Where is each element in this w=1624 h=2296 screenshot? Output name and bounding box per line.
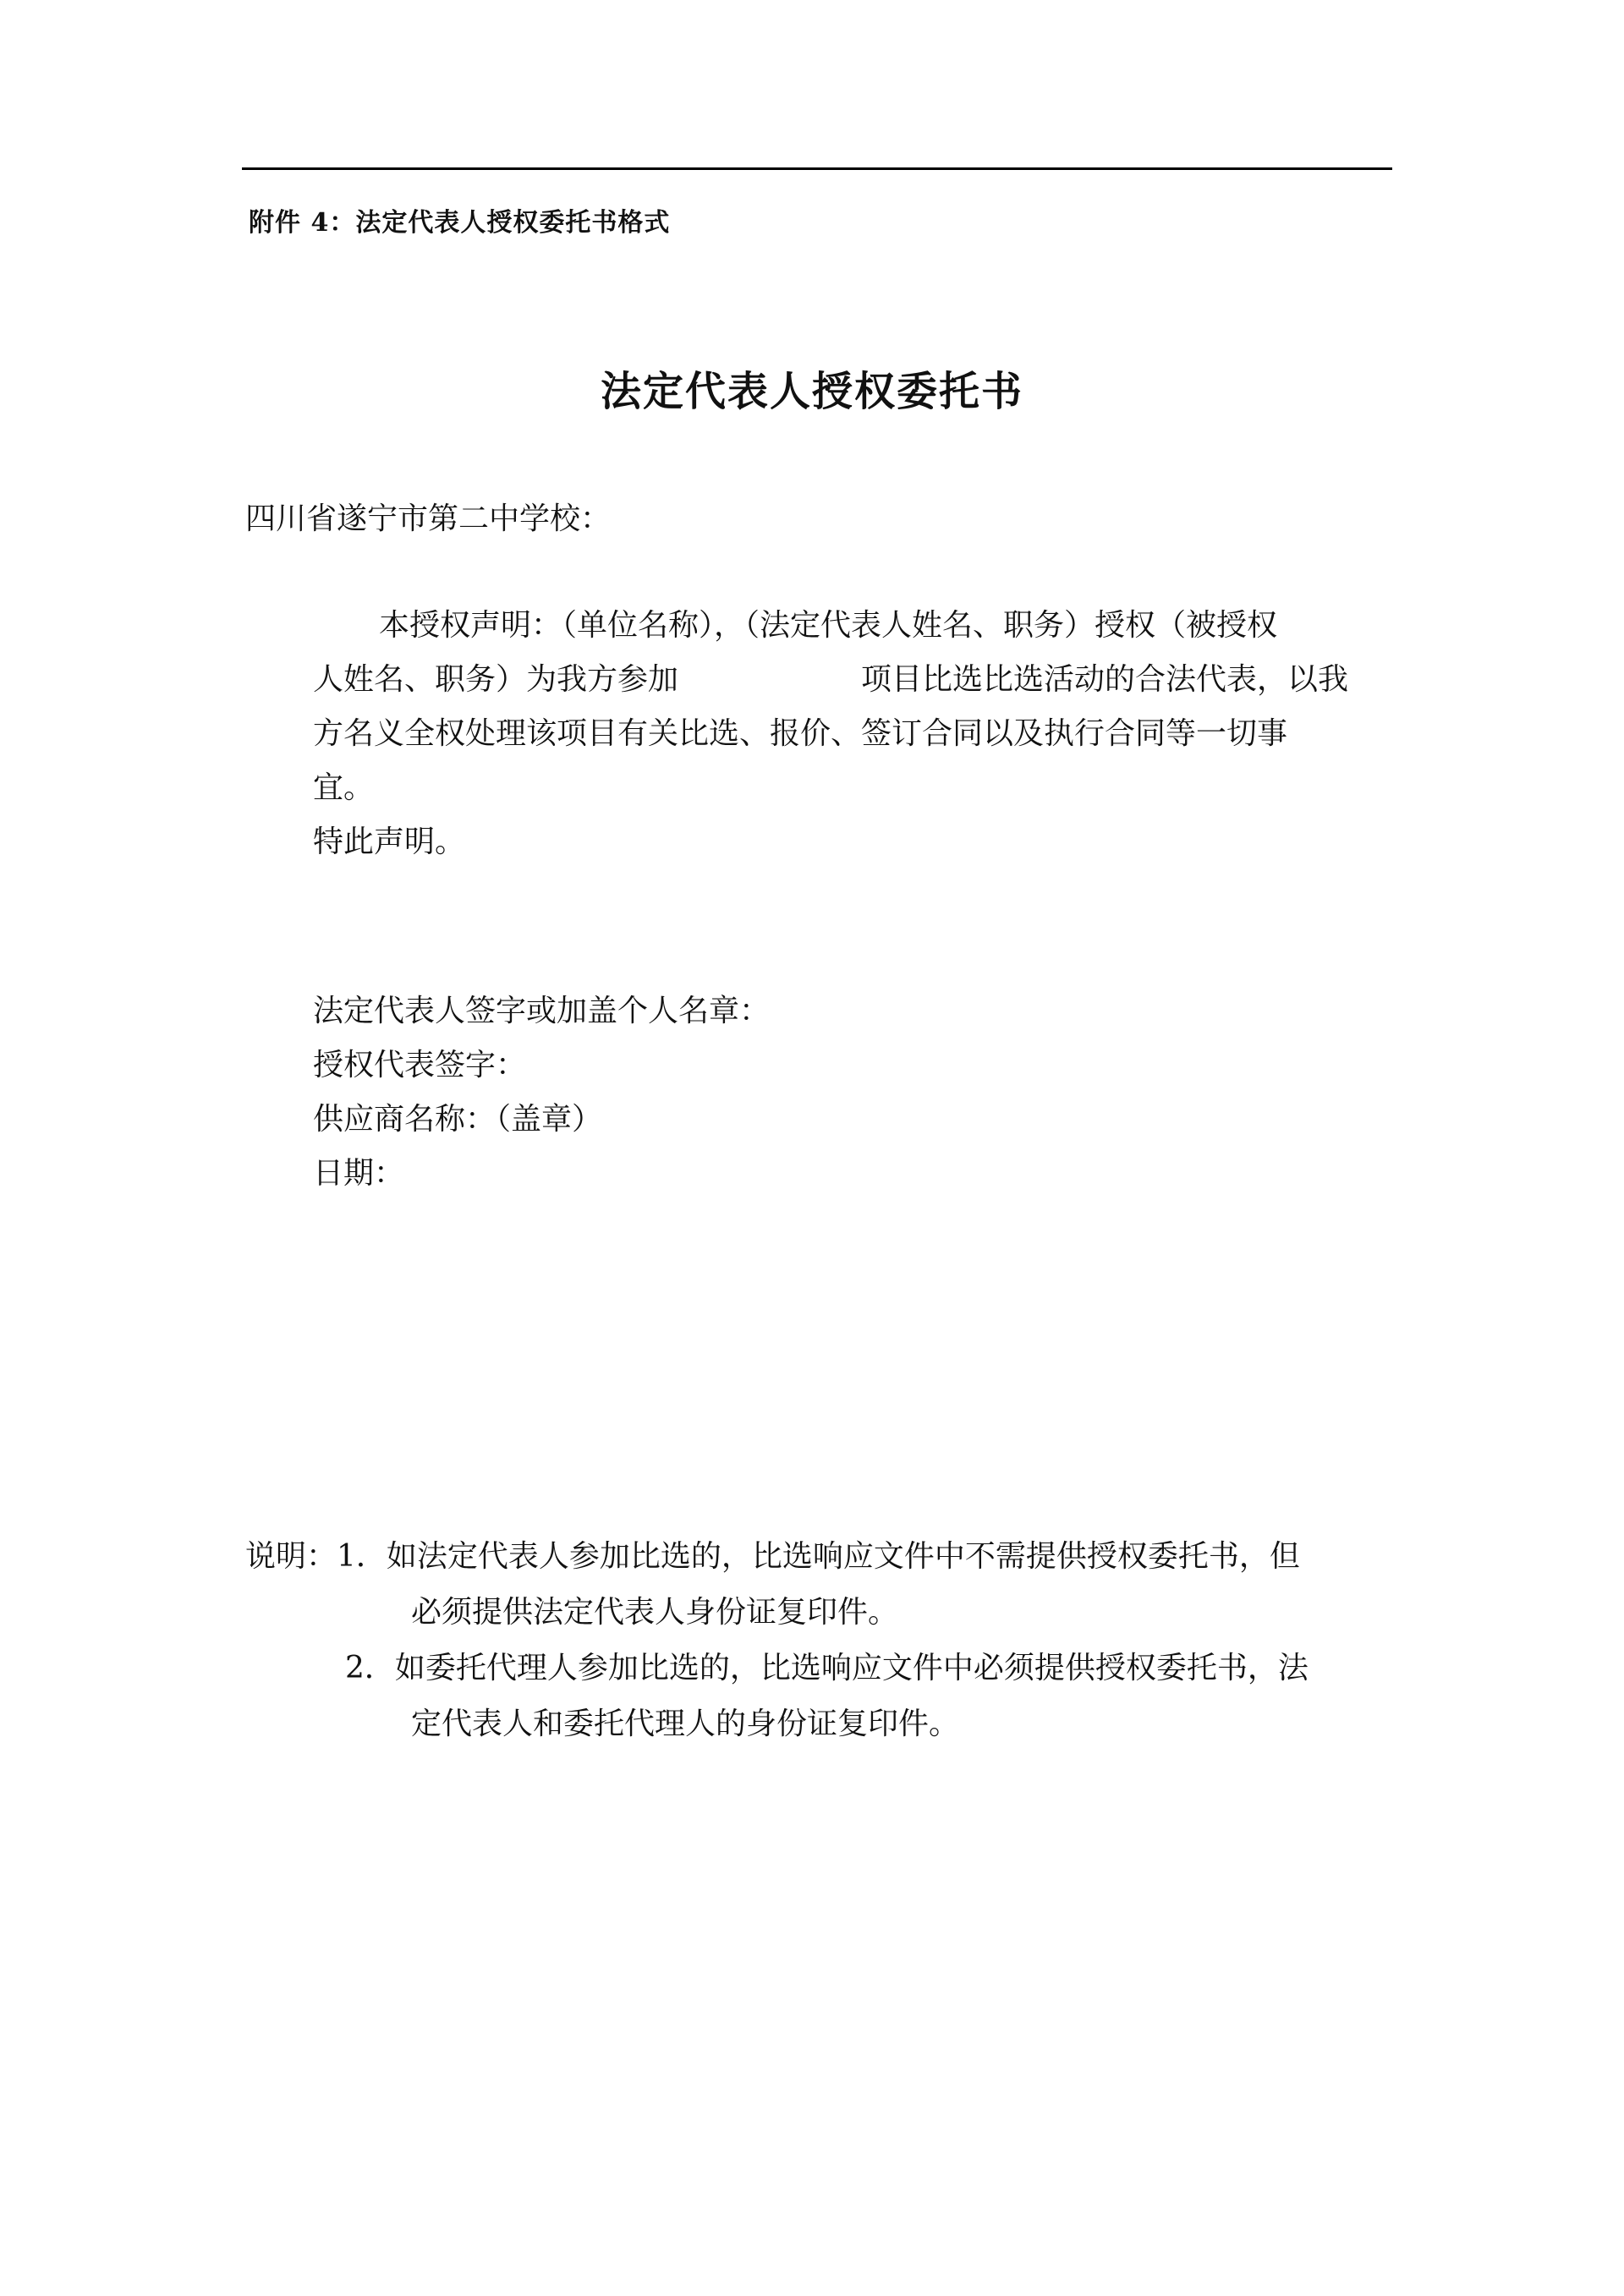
authorization-statement: 本授权声明：（单位名称），（法定代表人姓名、职务）授权（被授权 人姓名、职务）为… (313, 599, 1387, 869)
supplier-name-field: 供应商名称：（盖章） (313, 1093, 770, 1147)
note-1-line-2: 必须提供法定代表人身份证复印件。 (245, 1585, 1309, 1641)
header-rule (242, 167, 1392, 170)
annex-heading: 附件 4：法定代表人授权委托书格式 (249, 201, 670, 238)
note-1-line-1: 说明：1．如法定代表人参加比选的，比选响应文件中不需提供授权委托书，但 (245, 1529, 1309, 1585)
document-title: 法定代表人授权委托书 (0, 359, 1624, 417)
notes-section: 说明：1．如法定代表人参加比选的，比选响应文件中不需提供授权委托书，但 必须提供… (245, 1529, 1309, 1752)
date-field: 日期： (313, 1147, 770, 1201)
statement-line-2a: 人姓名、职务）为我方参加 (313, 662, 678, 697)
statement-line-3: 方名义全权处理该项目有关比选、报价、签订合同以及执行合同等一切事 (313, 707, 1387, 761)
authorized-rep-signature-field: 授权代表签字： (313, 1038, 770, 1093)
addressee: 四川省遂宁市第二中学校： (245, 495, 611, 538)
statement-line-1: 本授权声明：（单位名称），（法定代表人姓名、职务）授权（被授权 (313, 599, 1387, 653)
note-2-line-2: 定代表人和委托代理人的身份证复印件。 (245, 1696, 1309, 1752)
statement-line-4: 宜。 (313, 761, 1387, 815)
note-2-line-1: 2．如委托代理人参加比选的，比选响应文件中必须提供授权委托书，法 (245, 1641, 1309, 1696)
legal-rep-signature-field: 法定代表人签字或加盖个人名章： (313, 984, 770, 1038)
statement-line-2: 人姓名、职务）为我方参加项目比选比选活动的合法代表，以我 (313, 653, 1387, 707)
statement-closing: 特此声明。 (313, 815, 1387, 869)
signature-block: 法定代表人签字或加盖个人名章： 授权代表签字： 供应商名称：（盖章） 日期： (313, 984, 770, 1201)
statement-line-2b: 项目比选比选活动的合法代表，以我 (861, 662, 1348, 697)
